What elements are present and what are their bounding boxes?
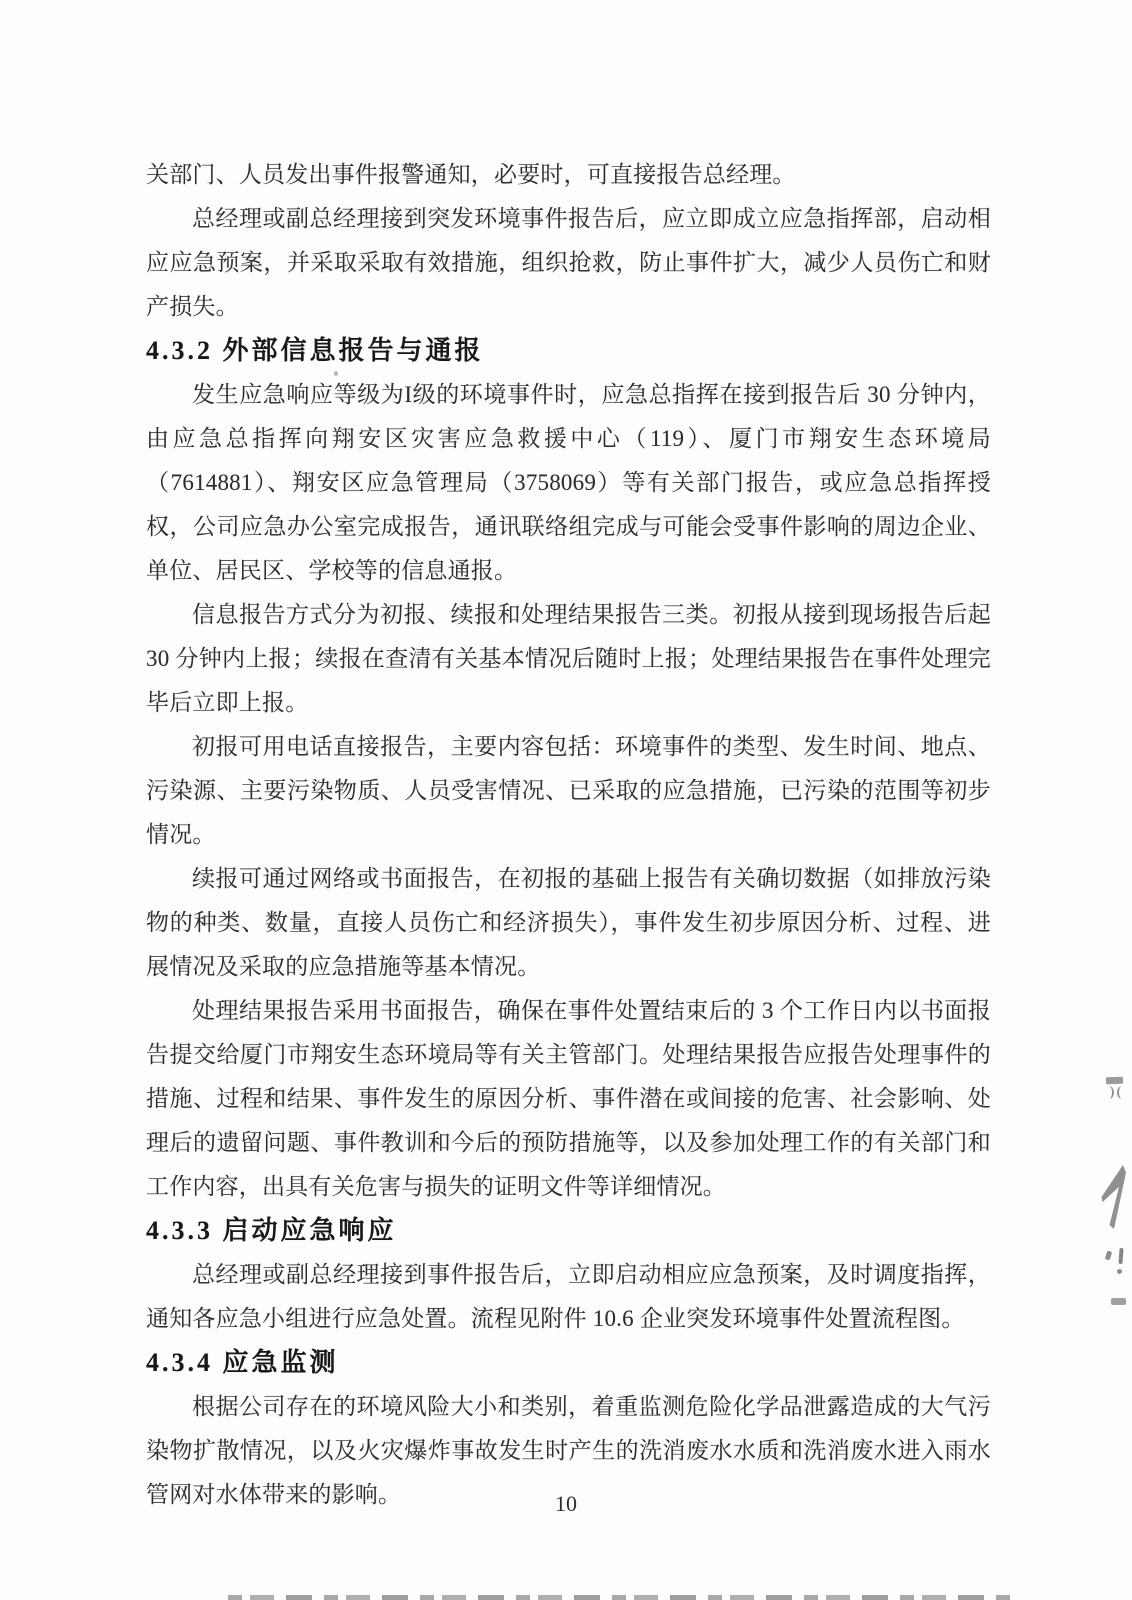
scanned-document-page: 关部门、人员发出事件报警通知，必要时，可直接报告总经理。 总经理或副总经理接到突… bbox=[0, 0, 1132, 1600]
body-paragraph: 总经理或副总经理接到突发环境事件报告后，应立即成立应急指挥部，启动相应应急预案，… bbox=[146, 197, 991, 329]
scan-artifact-smudge bbox=[1106, 1077, 1123, 1085]
section-heading-4-3-4: 4.3.4 应急监测 bbox=[146, 1341, 991, 1385]
body-paragraph: 处理结果报告采用书面报告，确保在事件处置结束后的 3 个工作日内以书面报告提交给… bbox=[146, 989, 991, 1209]
body-paragraph: 发生应急响应等级为I级的环境事件时，应急总指挥在接到报告后 30 分钟内，由应急… bbox=[146, 373, 991, 593]
scan-artifact-mark bbox=[1118, 1248, 1123, 1264]
section-heading-4-3-3: 4.3.3 启动应急响应 bbox=[146, 1209, 991, 1253]
body-paragraph: 信息报告方式分为初报、续报和处理结果报告三类。初报从接到现场报告后起 30 分钟… bbox=[146, 593, 991, 725]
scan-artifact-wedge bbox=[1101, 1165, 1126, 1229]
scan-artifact-mark bbox=[1117, 1086, 1127, 1099]
cut-off-text-line-artifact bbox=[228, 1595, 1016, 1600]
page-number: 10 bbox=[0, 1492, 1132, 1516]
body-paragraph: 总经理或副总经理接到事件报告后，立即启动相应应急预案，及时调度指挥，通知各应急小… bbox=[146, 1253, 991, 1341]
section-heading-4-3-2: 4.3.2 外部信息报告与通报 bbox=[146, 329, 991, 373]
scan-artifact-mark bbox=[1104, 1086, 1114, 1099]
document-body: 关部门、人员发出事件报警通知，必要时，可直接报告总经理。 总经理或副总经理接到突… bbox=[146, 153, 991, 1517]
body-paragraph-continued: 关部门、人员发出事件报警通知，必要时，可直接报告总经理。 bbox=[146, 153, 991, 197]
scan-artifact-mark bbox=[1117, 1269, 1122, 1274]
body-paragraph: 续报可通过网络或书面报告，在初报的基础上报告有关确切数据（如排放污染物的种类、数… bbox=[146, 857, 991, 989]
body-paragraph: 初报可用电话直接报告，主要内容包括：环境事件的类型、发生时间、地点、污染源、主要… bbox=[146, 725, 991, 857]
scan-artifact-mark bbox=[1105, 1250, 1113, 1260]
scan-artifact-smudge bbox=[1111, 1298, 1126, 1305]
